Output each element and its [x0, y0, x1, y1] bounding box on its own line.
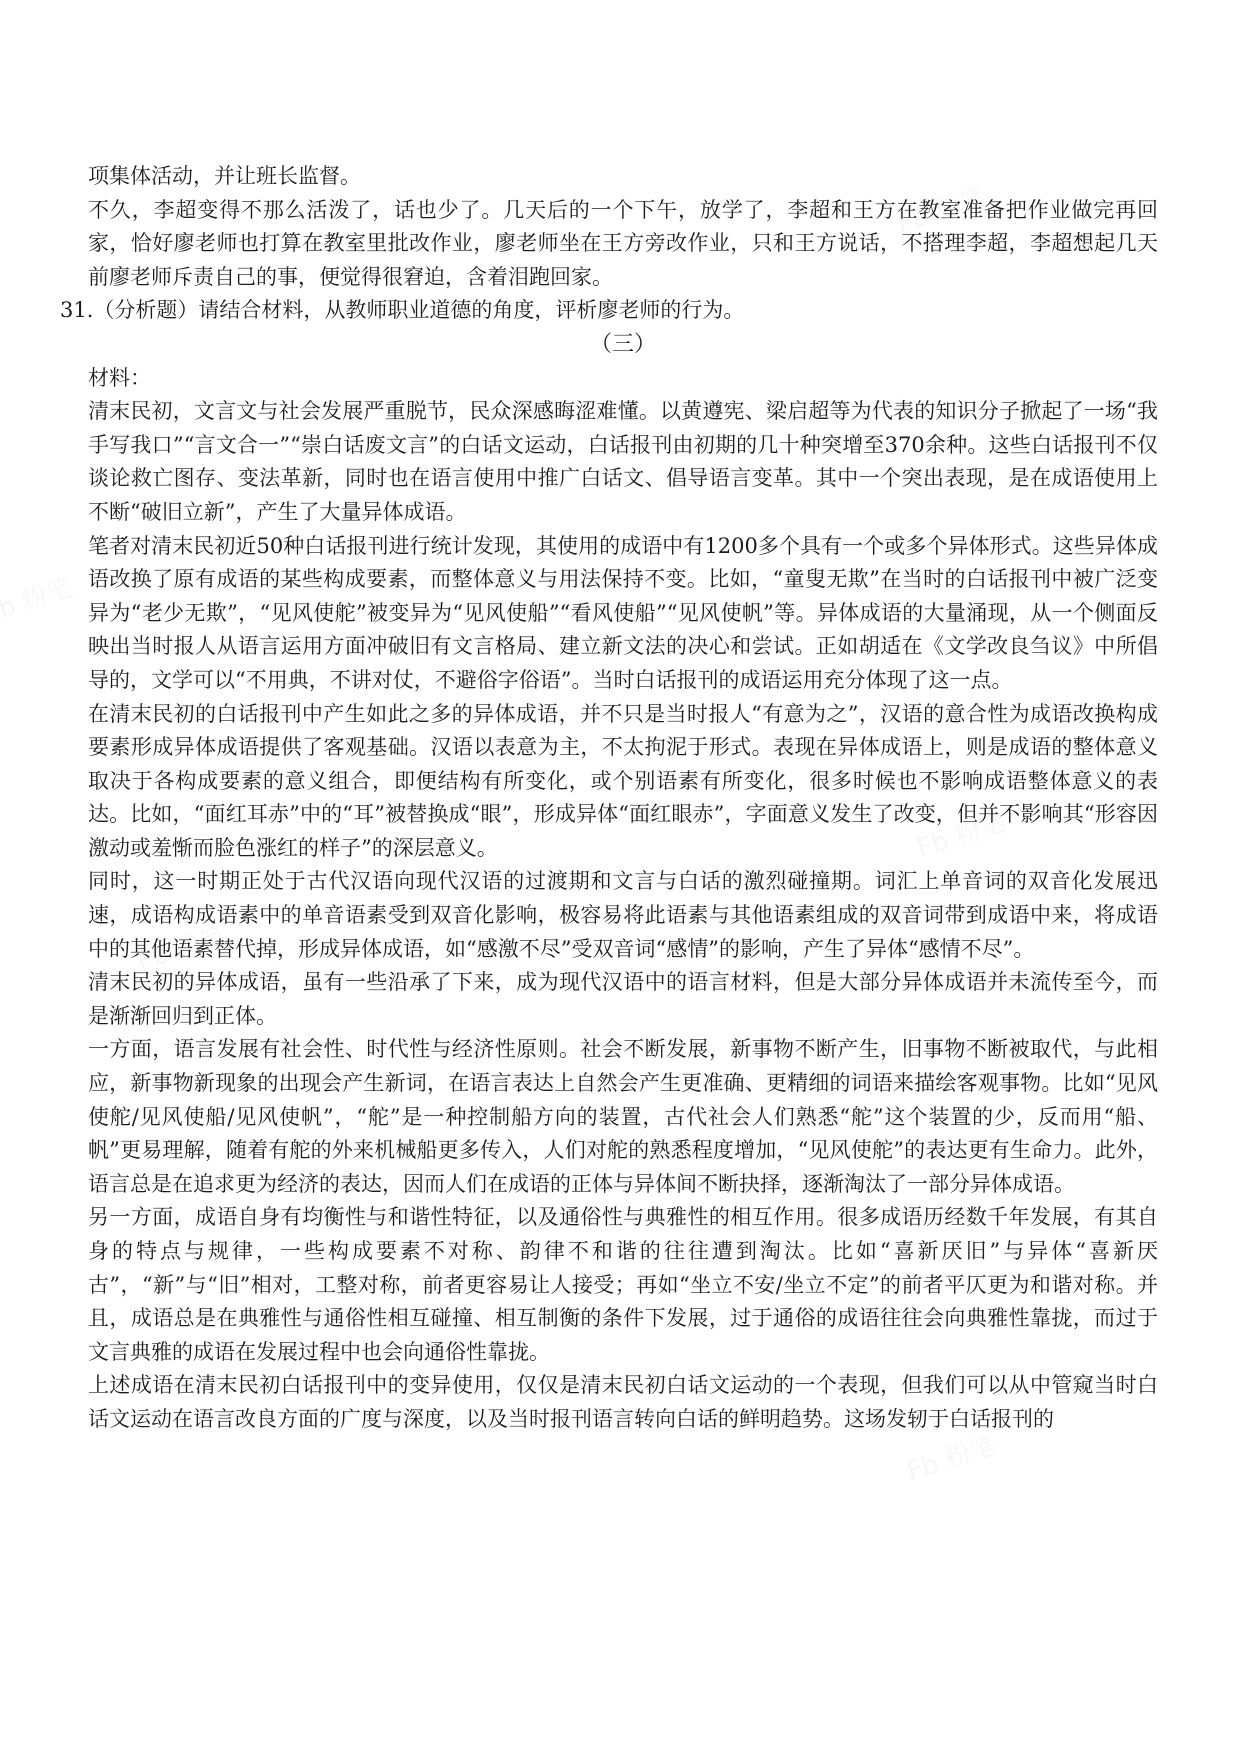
document-body: 项集体活动，并让班长监督。不久，李超变得不那么活泼了，话也少了。几天后的一个下午… [88, 160, 1158, 1437]
section-heading: （三） [88, 328, 1158, 362]
question-number: 31. [60, 298, 93, 322]
body-paragraph: 项集体活动，并让班长监督。 [88, 160, 1158, 194]
watermark: Fb 粉笔 [0, 567, 77, 631]
material-label: 材料： [88, 362, 1158, 396]
material-paragraph: 上述成语在清末民初白话报刊中的变异使用，仅仅是清末民初白话文运动的一个表现，但我… [88, 1369, 1158, 1436]
question-type-label: （分析题） [93, 298, 198, 322]
material-paragraph: 另一方面，成语自身有均衡性与和谐性特征，以及通俗性与典雅性的相互作用。很多成语历… [88, 1201, 1158, 1369]
material-paragraphs: 清末民初，文言文与社会发展严重脱节，民众深感晦涩难懂。以黄遵宪、梁启超等为代表的… [88, 395, 1158, 1436]
material-paragraph: 清末民初，文言文与社会发展严重脱节，民众深感晦涩难懂。以黄遵宪、梁启超等为代表的… [88, 395, 1158, 529]
material-paragraph: 笔者对清末民初近50种白话报刊进行统计发现，其使用的成语中有1200多个具有一个… [88, 530, 1158, 698]
material-paragraph: 在清末民初的白话报刊中产生如此之多的异体成语，并不只是当时报人“有意为之”，汉语… [88, 698, 1158, 866]
question-31: 31.（分析题）请结合材料，从教师职业道德的角度，评析廖老师的行为。 [88, 294, 1158, 328]
question-text: 请结合材料，从教师职业道德的角度，评析廖老师的行为。 [198, 298, 744, 322]
body-paragraph: 不久，李超变得不那么活泼了，话也少了。几天后的一个下午，放学了，李超和王方在教室… [88, 194, 1158, 295]
leading-paragraphs: 项集体活动，并让班长监督。不久，李超变得不那么活泼了，话也少了。几天后的一个下午… [88, 160, 1158, 294]
material-paragraph: 一方面，语言发展有社会性、时代性与经济性原则。社会不断发展，新事物不断产生，旧事… [88, 1033, 1158, 1201]
document-page: Fb 粉笔 Fb 粉笔 Fb 粉笔 Fb 粉笔 Fb 粉笔 项集体活动，并让班长… [0, 0, 1240, 1754]
material-paragraph: 清末民初的异体成语，虽有一些沿承了下来，成为现代汉语中的语言材料，但是大部分异体… [88, 966, 1158, 1033]
material-paragraph: 同时，这一时期正处于古代汉语向现代汉语的过渡期和文言与白话的激烈碰撞期。词汇上单… [88, 865, 1158, 966]
